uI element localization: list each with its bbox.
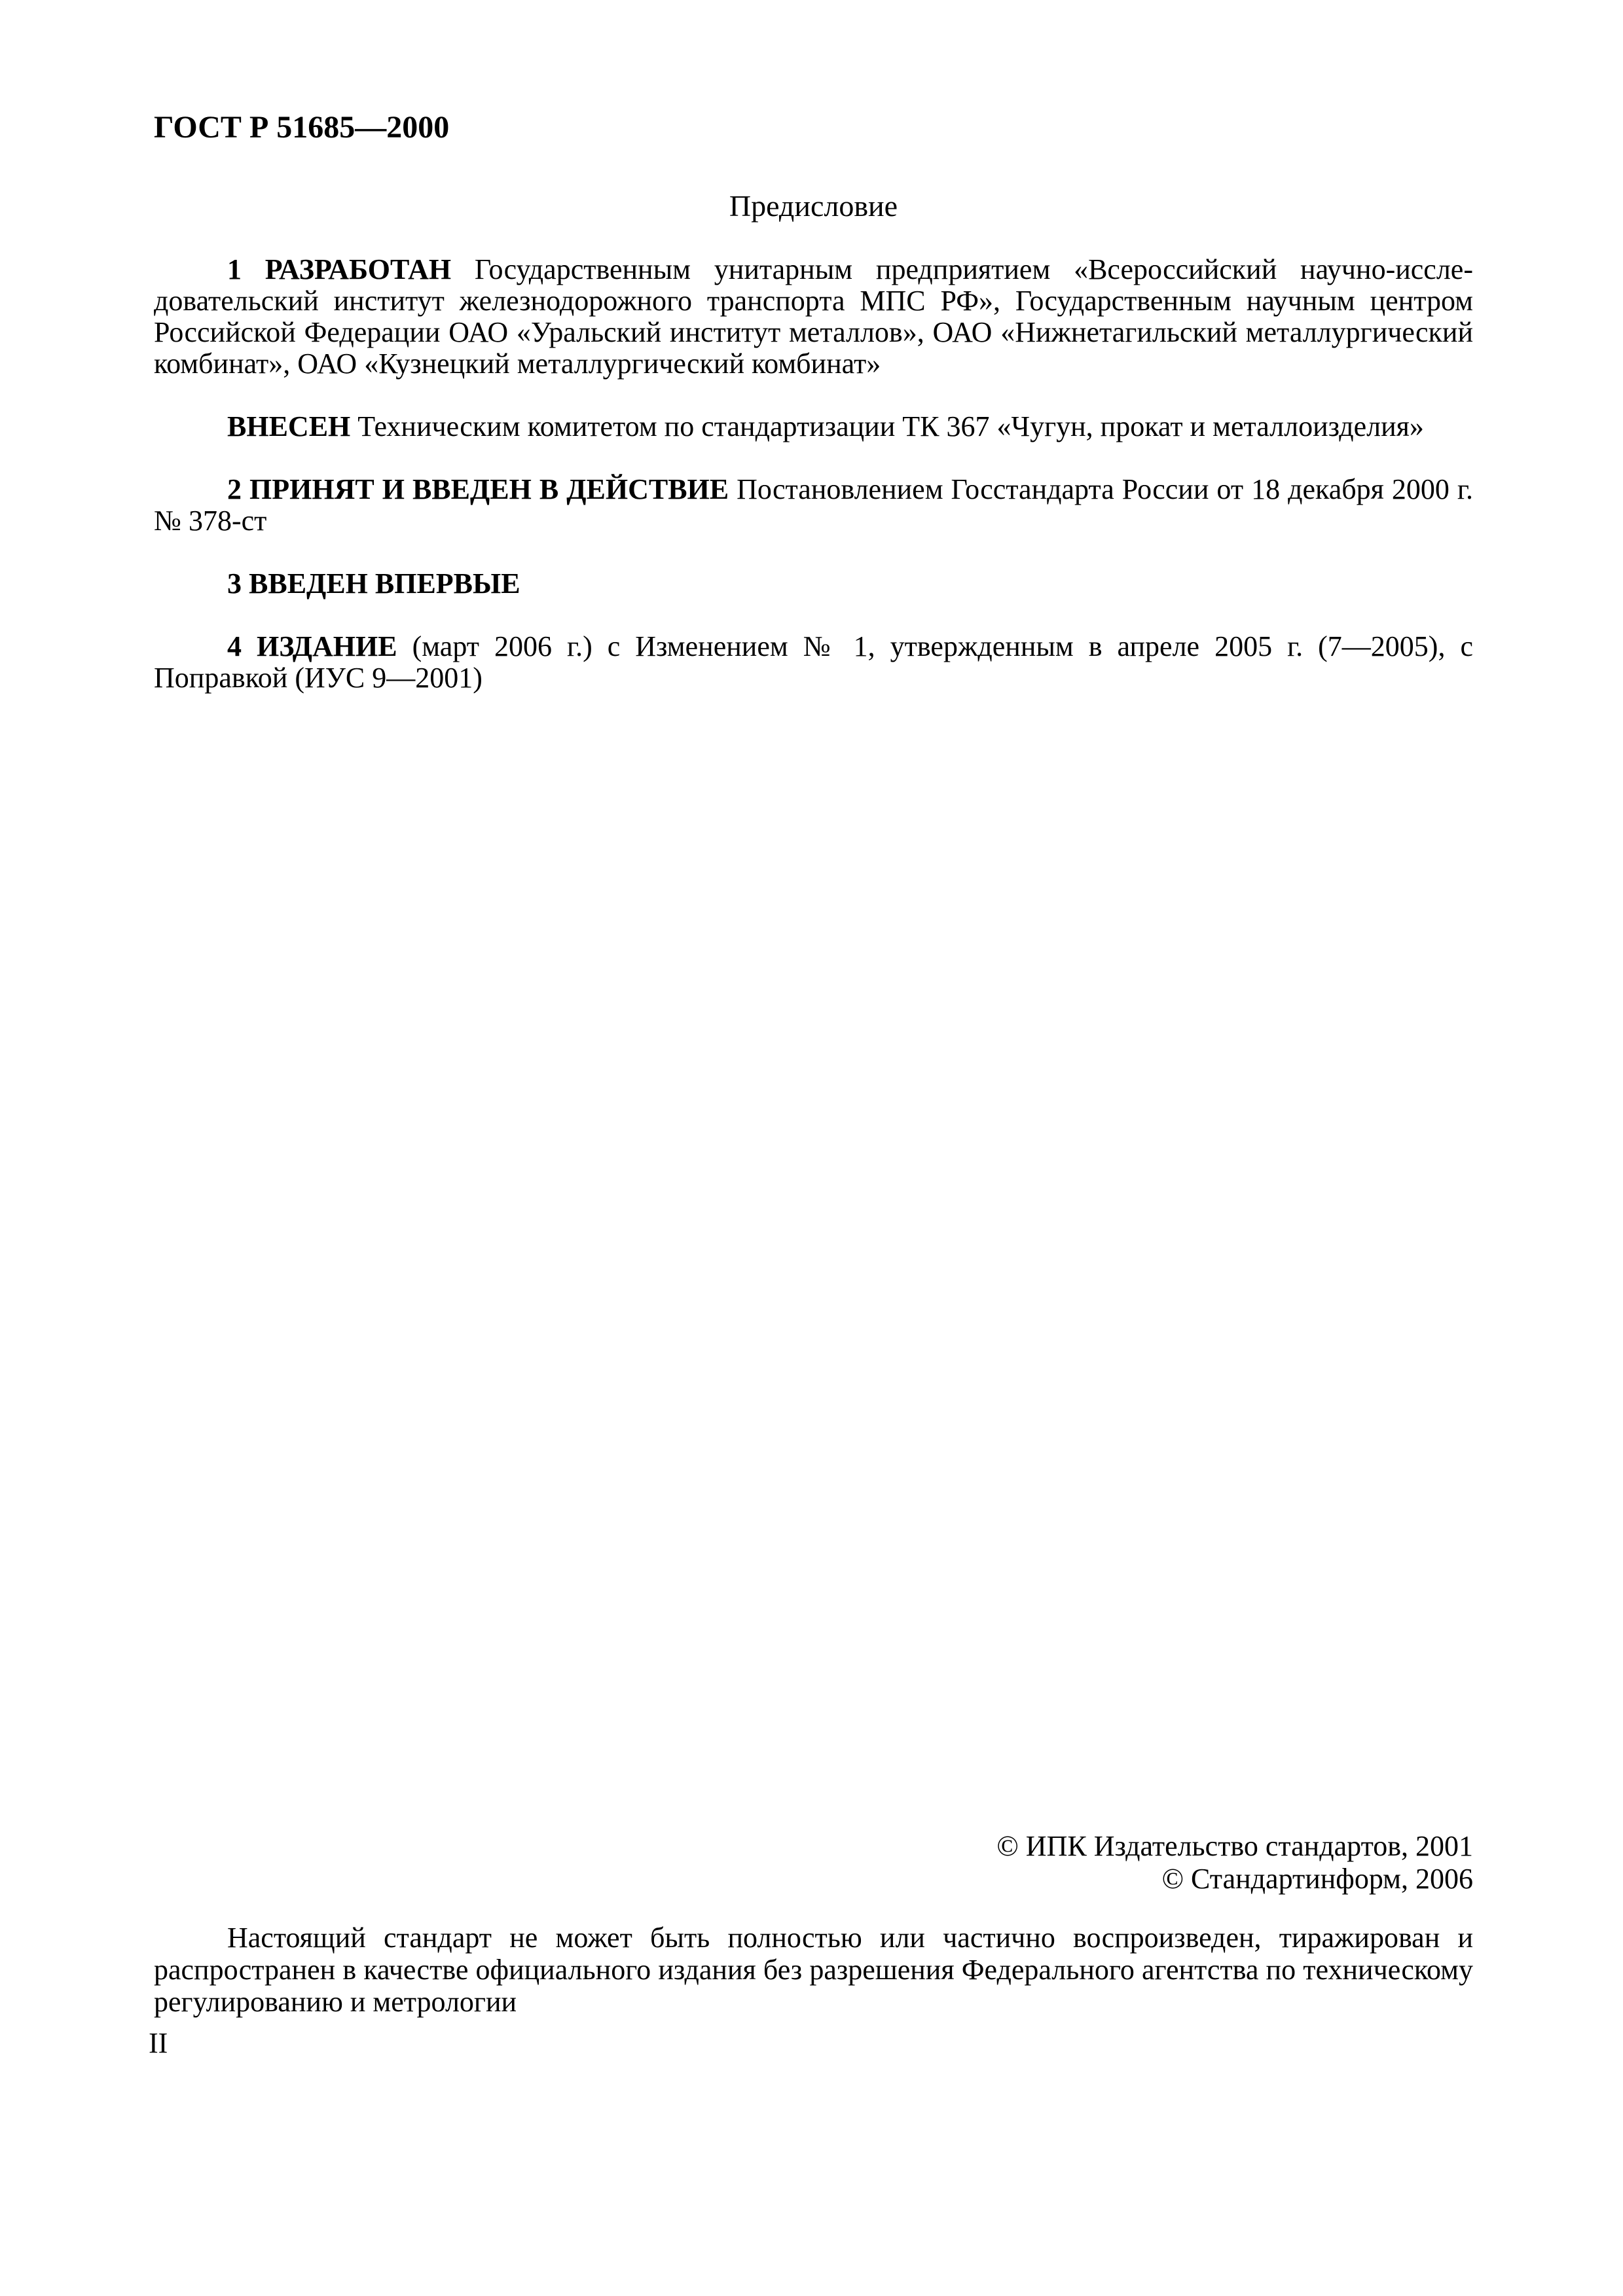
reproduction-notice: Настоящий стандарт не может быть полност… (154, 1922, 1473, 2018)
preface-item-lead: 1 РАЗРАБОТАН (227, 253, 451, 285)
preface-item: 3 ВВЕДЕН ВПЕРВЫЕ (154, 568, 1473, 600)
preface-title: Предисловие (154, 190, 1473, 223)
copyright-line-2: © Стандартинформ, 2006 (996, 1863, 1473, 1895)
preface-paragraphs: 1 РАЗРАБОТАН Государственным унитарным п… (154, 254, 1473, 725)
copyright-line-1: © ИПК Издательство стандартов, 2001 (996, 1830, 1473, 1863)
preface-item: 4 ИЗДАНИЕ (март 2006 г.) с Изменением № … (154, 631, 1473, 694)
preface-item-lead: ВНЕСЕН (227, 410, 350, 442)
copyright-block: © ИПК Издательство стандартов, 2001 © Ст… (996, 1830, 1473, 1895)
preface-item: 2 ПРИНЯТ И ВВЕДЕН В ДЕЙСТВИЕ Постановлен… (154, 474, 1473, 537)
document-page: ГОСТ Р 51685—2000 Предисловие 1 РАЗРАБОТ… (0, 0, 1623, 2296)
preface-item: 1 РАЗРАБОТАН Государственным унитарным п… (154, 254, 1473, 380)
preface-item-lead: 3 ВВЕДЕН ВПЕРВЫЕ (227, 567, 520, 600)
preface-item: ВНЕСЕН Техническим комитетом по стандарт… (154, 411, 1473, 442)
page-number: II (149, 2028, 168, 2059)
preface-item-text: Техническим комитетом по стандартизации … (350, 410, 1424, 442)
doc-number-header: ГОСТ Р 51685—2000 (154, 111, 449, 144)
preface-item-lead: 4 ИЗДАНИЕ (227, 630, 397, 662)
preface-item-lead: 2 ПРИНЯТ И ВВЕДЕН В ДЕЙСТВИЕ (227, 473, 729, 505)
